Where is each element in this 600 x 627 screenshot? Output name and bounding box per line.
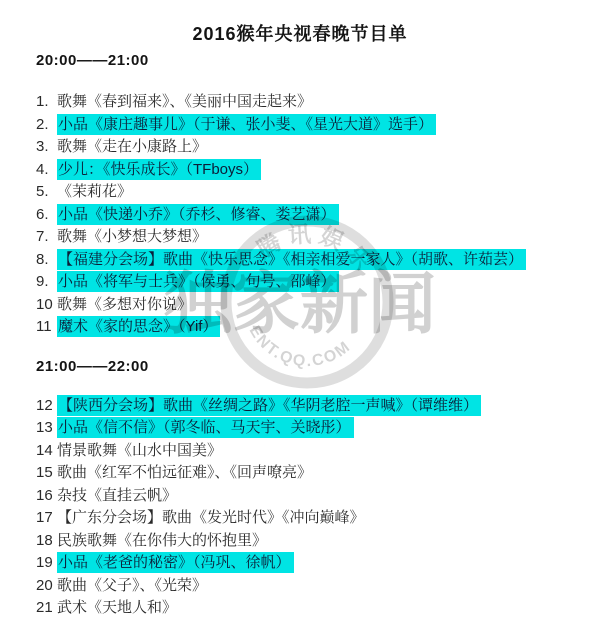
page-title: 2016猴年央视春晚节目单 [0, 0, 600, 46]
item-text: 歌舞《走在小康路上》 [57, 138, 207, 155]
item-number: 20 [36, 575, 57, 598]
item-number: 14 [36, 440, 57, 463]
item-text: 少儿：《快乐成长》（TFboys） [57, 159, 261, 180]
program-item: 15歌曲《红军不怕远征难》、《回声嘹亮》 [0, 462, 600, 485]
item-text: 歌舞《春到福来》、《美丽中国走起来》 [57, 93, 312, 110]
item-number: 12 [36, 395, 57, 418]
program-item: 13小品《信不信》（郭冬临、马天宇、关晓彤） [0, 417, 600, 440]
item-number: 13 [36, 417, 57, 440]
program-item: 8.【福建分会场】歌曲《快乐思念》《相亲相爱一家人》（胡歌、许茹芸） [0, 249, 600, 272]
program-item: 3.歌舞《走在小康路上》 [0, 136, 600, 159]
program-item: 5.《茉莉花》 [0, 181, 600, 204]
item-number: 2. [36, 114, 57, 137]
item-text: 情景歌舞《山水中国美》 [57, 442, 222, 459]
item-number: 1. [36, 91, 57, 114]
item-text: 歌曲《父子》、《光荣》 [57, 577, 207, 594]
item-number: 11 [36, 316, 57, 339]
item-text: 歌舞《多想对你说》 [57, 296, 192, 313]
sections: 20:00——21:00 1.歌舞《春到福来》、《美丽中国走起来》 2.小品《康… [0, 52, 600, 620]
program-item: 11魔术《家的思念》（Yif） [0, 316, 600, 339]
program-list-document: 2016猴年央视春晚节目单 20:00——21:00 1.歌舞《春到福来》、《美… [0, 0, 600, 627]
item-text: 民族歌舞《在你伟大的怀抱里》 [57, 532, 267, 549]
item-number: 21 [36, 597, 57, 620]
item-text: 武术《天地人和》 [57, 599, 177, 616]
item-text: 小品《快递小乔》（乔杉、修睿、娄艺潇） [57, 204, 339, 225]
item-text: 《茉莉花》 [57, 183, 132, 200]
item-text: 【广东分会场】歌曲《发光时代》《冲向巅峰》 [57, 509, 365, 526]
program-item: 14情景歌舞《山水中国美》 [0, 440, 600, 463]
item-number: 7. [36, 226, 57, 249]
program-item: 10歌舞《多想对你说》 [0, 294, 600, 317]
item-text: 歌曲《红军不怕远征难》、《回声嘹亮》 [57, 464, 312, 481]
item-text: 小品《康庄趣事儿》（于谦、张小斐、《星光大道》选手） [57, 114, 436, 135]
item-text: 小品《将军与士兵》（侯勇、句号、邵峰） [57, 271, 339, 292]
program-item: 20歌曲《父子》、《光荣》 [0, 575, 600, 598]
program-section: 20:00——21:00 1.歌舞《春到福来》、《美丽中国走起来》 2.小品《康… [0, 52, 600, 339]
item-text: 【陕西分会场】歌曲《丝绸之路》《华阴老腔一声喊》（谭维维） [57, 395, 481, 416]
program-item: 17【广东分会场】歌曲《发光时代》《冲向巅峰》 [0, 507, 600, 530]
program-item: 1.歌舞《春到福来》、《美丽中国走起来》 [0, 91, 600, 114]
item-text: 魔术《家的思念》（Yif） [57, 316, 220, 337]
item-number: 18 [36, 530, 57, 553]
time-header: 21:00——22:00 [0, 358, 600, 375]
program-item: 7.歌舞《小梦想大梦想》 [0, 226, 600, 249]
item-text: 小品《信不信》（郭冬临、马天宇、关晓彤） [57, 417, 354, 438]
item-number: 17 [36, 507, 57, 530]
item-number: 9. [36, 271, 57, 294]
item-text: 【福建分会场】歌曲《快乐思念》《相亲相爱一家人》（胡歌、许茹芸） [57, 249, 526, 270]
item-number: 16 [36, 485, 57, 508]
program-item: 18民族歌舞《在你伟大的怀抱里》 [0, 530, 600, 553]
program-list: 1.歌舞《春到福来》、《美丽中国走起来》 2.小品《康庄趣事儿》（于谦、张小斐、… [0, 91, 600, 339]
program-item: 9.小品《将军与士兵》（侯勇、句号、邵峰） [0, 271, 600, 294]
item-text: 杂技《直挂云帆》 [57, 487, 177, 504]
program-item: 19小品《老爸的秘密》（冯巩、徐帆） [0, 552, 600, 575]
program-item: 12【陕西分会场】歌曲《丝绸之路》《华阴老腔一声喊》（谭维维） [0, 395, 600, 418]
time-header: 20:00——21:00 [0, 52, 600, 69]
program-item: 21武术《天地人和》 [0, 597, 600, 620]
item-number: 3. [36, 136, 57, 159]
item-number: 4. [36, 159, 57, 182]
item-number: 5. [36, 181, 57, 204]
item-text: 小品《老爸的秘密》（冯巩、徐帆） [57, 552, 294, 573]
program-item: 2.小品《康庄趣事儿》（于谦、张小斐、《星光大道》选手） [0, 114, 600, 137]
program-item: 4.少儿：《快乐成长》（TFboys） [0, 159, 600, 182]
item-number: 10 [36, 294, 57, 317]
program-item: 16杂技《直挂云帆》 [0, 485, 600, 508]
program-item: 6.小品《快递小乔》（乔杉、修睿、娄艺潇） [0, 204, 600, 227]
item-number: 8. [36, 249, 57, 272]
item-text: 歌舞《小梦想大梦想》 [57, 228, 207, 245]
item-number: 6. [36, 204, 57, 227]
program-list: 12【陕西分会场】歌曲《丝绸之路》《华阴老腔一声喊》（谭维维） 13小品《信不信… [0, 395, 600, 620]
program-section: 21:00——22:00 12【陕西分会场】歌曲《丝绸之路》《华阴老腔一声喊》（… [0, 358, 600, 620]
item-number: 19 [36, 552, 57, 575]
item-number: 15 [36, 462, 57, 485]
